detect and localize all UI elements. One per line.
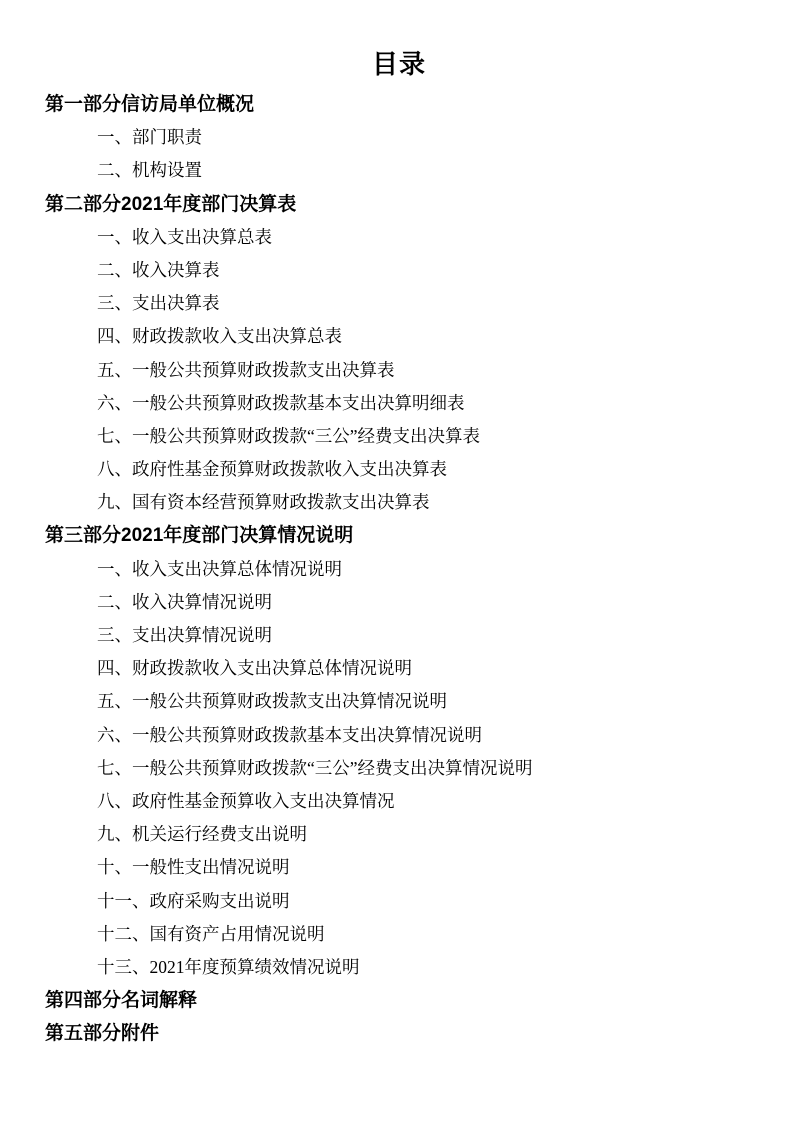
toc-item: 十、一般性支出情况说明 <box>45 851 753 884</box>
toc-item: 二、收入决算情况说明 <box>45 586 753 619</box>
toc-item: 三、支出决算表 <box>45 287 753 320</box>
toc-item: 二、收入决算表 <box>45 254 753 287</box>
toc-item: 十一、政府采购支出说明 <box>45 885 753 918</box>
toc-title: 目录 <box>45 48 753 80</box>
toc-item: 十三、2021年度预算绩效情况说明 <box>45 951 753 984</box>
section-heading-2: 第二部分2021年度部门决算表 <box>45 188 753 221</box>
toc-item: 五、一般公共预算财政拨款支出决算情况说明 <box>45 685 753 718</box>
toc: 第一部分信访局单位概况 一、部门职责 二、机构设置 第二部分2021年度部门决算… <box>45 88 753 1050</box>
toc-item: 五、一般公共预算财政拨款支出决算表 <box>45 354 753 387</box>
toc-item: 三、支出决算情况说明 <box>45 619 753 652</box>
section-heading-1: 第一部分信访局单位概况 <box>45 88 753 121</box>
section-heading-4: 第四部分名词解释 <box>45 984 753 1017</box>
toc-item: 七、一般公共预算财政拨款“三公”经费支出决算表 <box>45 420 753 453</box>
toc-item: 一、收入支出决算总体情况说明 <box>45 553 753 586</box>
section-heading-5: 第五部分附件 <box>45 1017 753 1050</box>
toc-item: 一、部门职责 <box>45 121 753 154</box>
toc-item: 四、财政拨款收入支出决算总表 <box>45 320 753 353</box>
toc-item: 八、政府性基金预算财政拨款收入支出决算表 <box>45 453 753 486</box>
toc-item: 四、财政拨款收入支出决算总体情况说明 <box>45 652 753 685</box>
toc-item: 六、一般公共预算财政拨款基本支出决算明细表 <box>45 387 753 420</box>
toc-item: 十二、国有资产占用情况说明 <box>45 918 753 951</box>
toc-item: 七、一般公共预算财政拨款“三公”经费支出决算情况说明 <box>45 752 753 785</box>
toc-item: 九、国有资本经营预算财政拨款支出决算表 <box>45 486 753 519</box>
toc-item: 二、机构设置 <box>45 154 753 187</box>
document-page: 目录 第一部分信访局单位概况 一、部门职责 二、机构设置 第二部分2021年度部… <box>0 0 793 1122</box>
section-heading-3: 第三部分2021年度部门决算情况说明 <box>45 519 753 552</box>
toc-item: 九、机关运行经费支出说明 <box>45 818 753 851</box>
toc-item: 六、一般公共预算财政拨款基本支出决算情况说明 <box>45 719 753 752</box>
toc-item: 一、收入支出决算总表 <box>45 221 753 254</box>
toc-item: 八、政府性基金预算收入支出决算情况 <box>45 785 753 818</box>
